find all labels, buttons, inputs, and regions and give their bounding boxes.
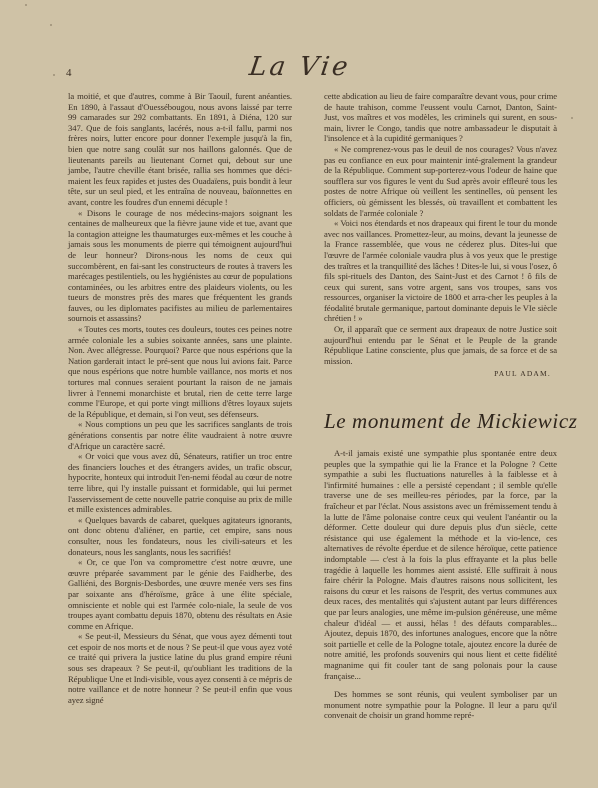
paragraph: cette abdication au lieu de faire compar… bbox=[324, 91, 557, 144]
paragraph: « Se peut-il, Messieurs du Sénat, que vo… bbox=[68, 631, 292, 705]
right-column: cette abdication au lieu de faire compar… bbox=[324, 91, 557, 721]
masthead-title: La Vie bbox=[238, 52, 362, 82]
paragraph: Des hommes se sont réunis, qui veulent s… bbox=[324, 689, 557, 721]
page-number: 4 bbox=[66, 67, 72, 79]
article-title: Le monument de Mickiewicz bbox=[324, 408, 557, 434]
document-page: 4 La Vie la moitié, et que d'autres, com… bbox=[0, 0, 598, 788]
paragraph: Or, il apparaît que ce serment aux drape… bbox=[324, 324, 557, 366]
paper-speck bbox=[25, 4, 27, 6]
paragraph: « Voici nos étendards et nos drapeaux qu… bbox=[324, 218, 557, 324]
paper-speck bbox=[571, 117, 573, 119]
paragraph: « Nous comptions un peu que les sacrific… bbox=[68, 419, 292, 451]
paragraph: « Toutes ces morts, toutes ces douleurs,… bbox=[68, 324, 292, 419]
paragraph: « Or voici que vous avez dû, Sénateurs, … bbox=[68, 451, 292, 515]
author-signature: PAUL ADAM. bbox=[324, 369, 557, 380]
paragraph: A-t-il jamais existé une sympathie plus … bbox=[324, 448, 557, 681]
paragraph: « Ne comprenez-vous pas le deuil de nos … bbox=[324, 144, 557, 218]
paper-speck bbox=[50, 24, 52, 26]
paragraph: « Or, ce que l'on va compromettre c'est … bbox=[68, 557, 292, 631]
paragraph: « Disons le courage de nos médecins-majo… bbox=[68, 208, 292, 325]
paragraph: la moitié, et que d'autres, comme à Bir … bbox=[68, 91, 292, 208]
left-column: la moitié, et que d'autres, comme à Bir … bbox=[68, 91, 292, 705]
paragraph: « Quelques bavards de cabaret, quelques … bbox=[68, 515, 292, 557]
paper-speck bbox=[53, 74, 55, 76]
paragraph-gap bbox=[324, 681, 557, 689]
